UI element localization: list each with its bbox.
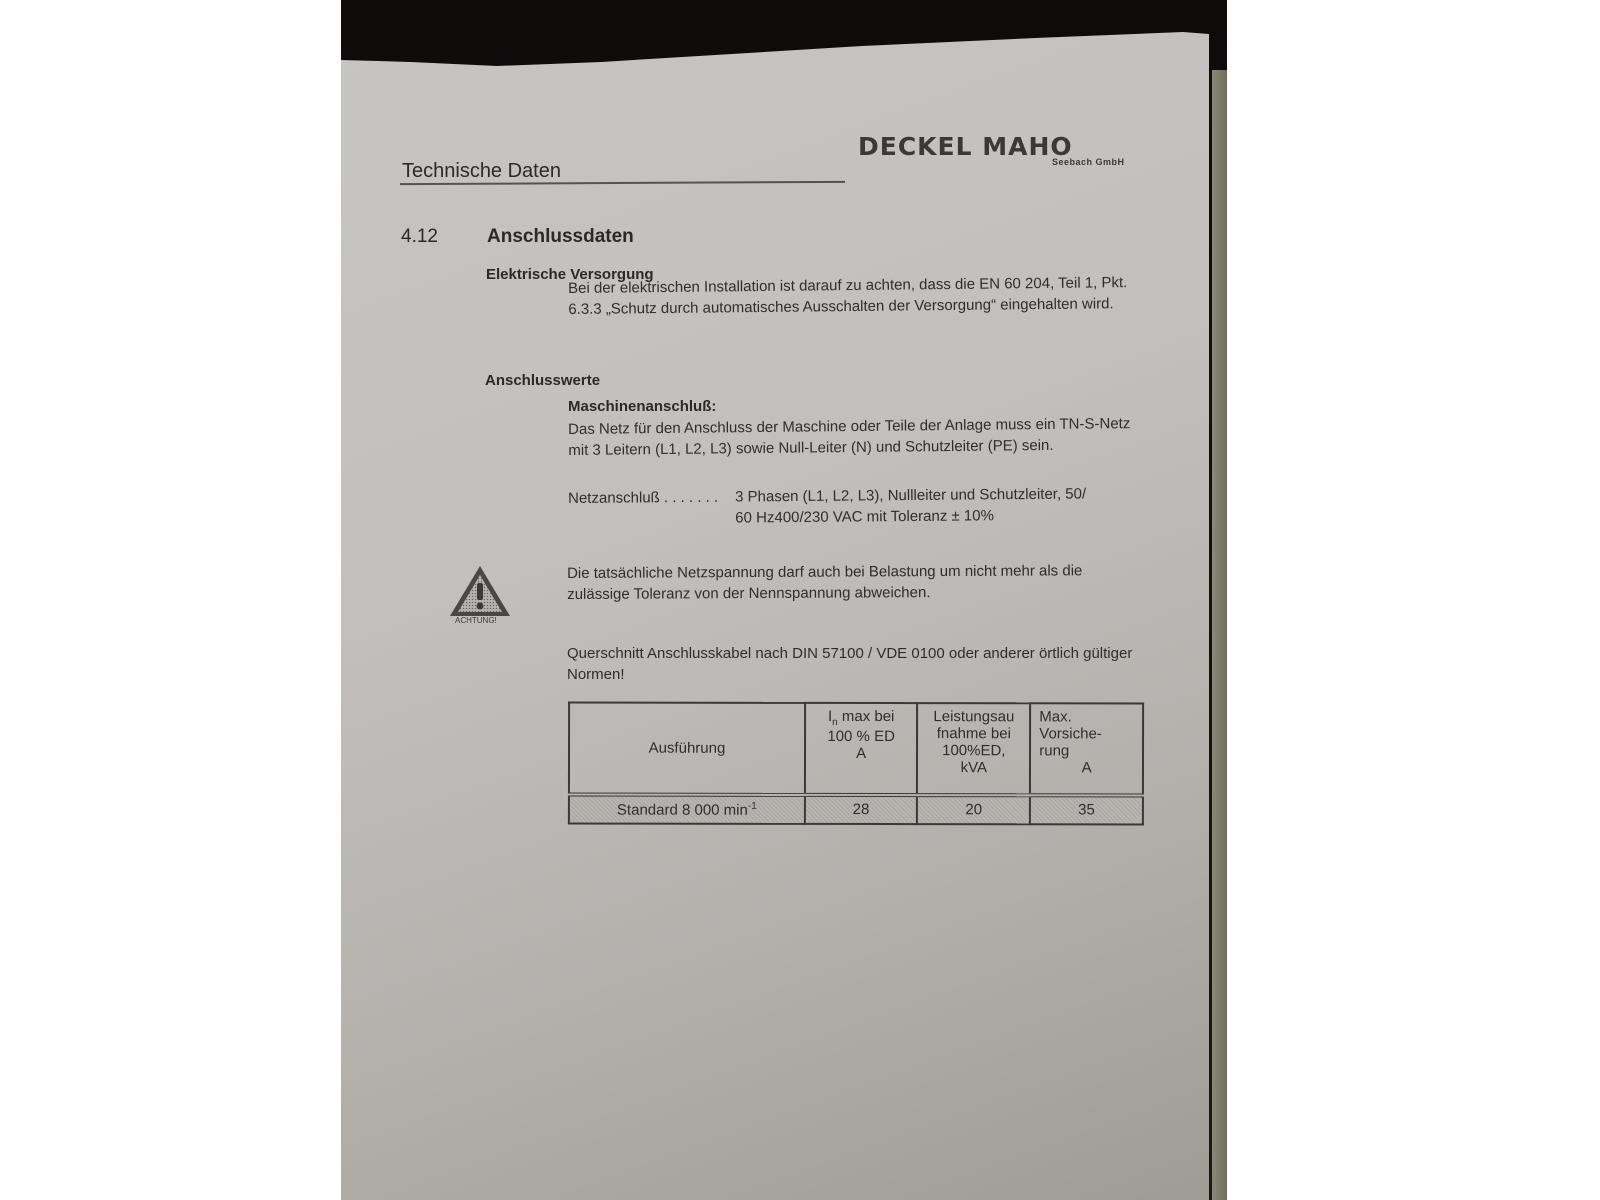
cell-variant: Standard 8 000 min-1 [569,794,805,823]
company-logo: DECKEL MAHO [858,132,1073,161]
header-current: In max bei 100 % ED A [805,703,918,795]
table-header-row: Ausführung In max bei 100 % ED A Leistun… [569,702,1143,795]
cable-note: Querschnitt Anschlusskabel nach DIN 5710… [567,643,1142,685]
mains-connection-label: Netzanschluß . . . . . . . [568,487,735,509]
connection-values-heading: Anschlusswerte [485,372,600,389]
header-fuse: Max. Vorsiche- rung A [1030,703,1143,795]
mains-connection-value-line1: 3 Phasen (L1, L2, L3), Nullleiter und Sc… [735,485,1086,505]
warning-triangle-icon [447,562,513,624]
mains-connection: Netzanschluß . . . . . . .3 Phasen (L1, … [568,483,1138,530]
machine-connection-text: Das Netz für den Anschluss der Maschine … [568,413,1136,461]
table-row: Standard 8 000 min-1 28 20 35 [569,794,1143,824]
warning-label: ACHTUNG! [455,616,497,625]
company-logo-subtitle: Seebach GmbH [1052,157,1125,167]
underlying-page-edge [1212,70,1227,1200]
header-power: Leistungsau fnahme bei 100%ED, kVA [917,703,1030,795]
cell-current: 28 [805,795,918,824]
page-header-title: Technische Daten [402,160,561,183]
header-variant: Ausführung [569,702,805,794]
connection-specs-table: Ausführung In max bei 100 % ED A Leistun… [568,701,1144,825]
machine-connection-heading: Maschinenanschluß: [568,398,716,415]
cell-power: 20 [917,795,1030,824]
section-number: 4.12 [401,226,438,248]
cell-fuse: 35 [1030,795,1143,824]
electrical-supply-text: Bei der elektrischen Installation ist da… [568,272,1128,320]
section-title: Anschlussdaten [487,226,634,248]
warning-text: Die tatsächliche Netzspannung darf auch … [567,560,1142,605]
